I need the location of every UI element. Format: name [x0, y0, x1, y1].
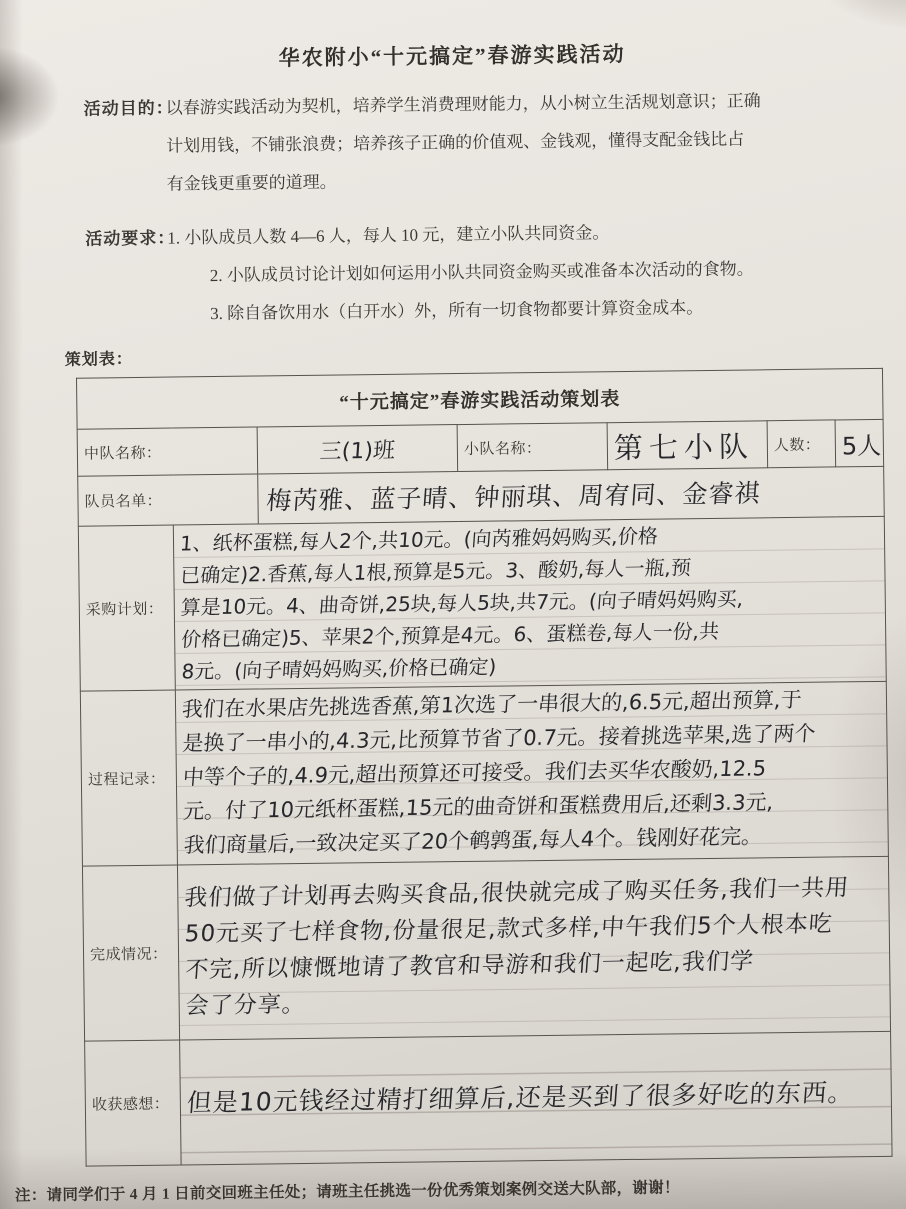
- squad-name-label: 中队名称：: [77, 427, 258, 476]
- members-value: 梅芮雅、蓝子晴、钟丽琪、周宥同、金睿祺: [258, 466, 885, 524]
- plan-table: “十元搞定”春游实践活动策划表 中队名称： 三(1)班 小队名称： 第七小队 人…: [76, 368, 893, 1167]
- team-name-value: 第七小队: [607, 421, 768, 470]
- team-name-label: 小队名称：: [457, 423, 608, 472]
- activity-objective: 活动目的： 以春游实践活动为契机，培养学生消费理财能力，从小树立生活规划意识；正…: [83, 81, 866, 205]
- squad-name-value: 三(1)班: [257, 425, 458, 474]
- photographed-document: 华农附小“十元搞定”春游实践活动 活动目的： 以春游实践活动为契机，培养学生消费…: [0, 0, 906, 1209]
- table-reflection-row: 收获感想： 但是10元钱经过精打细算后,还是买到了很多好吃的东西。: [85, 1031, 892, 1166]
- table-purchase-row: 采购计划： 1、纸杯蛋糕,每人2个,共10元。(向芮雅妈妈购买,价格 已确定)2…: [78, 516, 886, 691]
- activity-requirements-label: 活动要求：: [85, 220, 167, 259]
- requirement-item: 1. 小队成员人数 4—6 人，每人 10 元，建立小队共同资金。: [167, 214, 609, 257]
- requirement-item: 3. 除自备饮用水（白开水）外，所有一切食物都要计算资金成本。: [86, 287, 868, 335]
- members-label: 队员名单：: [78, 474, 259, 526]
- reflection-value: 但是10元钱经过精打细算后,还是买到了很多好吃的东西。: [180, 1031, 892, 1165]
- member-count-label: 人数：: [767, 420, 836, 468]
- activity-requirements: 活动要求： 1. 小队成员人数 4—6 人，每人 10 元，建立小队共同资金。 …: [85, 211, 868, 335]
- completion-status-label: 完成情况：: [82, 865, 179, 1041]
- process-record-value: 我们在水果店先挑选香蕉,第1次选了一串很大的,6.5元,超出预算,于 是换了一串…: [175, 681, 888, 865]
- reflection-label: 收获感想：: [85, 1040, 182, 1166]
- purchase-plan-label: 采购计划：: [78, 525, 175, 691]
- objective-line: 有金钱更重要的道理。: [84, 157, 866, 205]
- purchase-plan-value: 1、纸杯蛋糕,每人2个,共10元。(向芮雅妈妈购买,价格 已确定)2.香蕉,每人…: [173, 516, 886, 690]
- completion-status-value: 我们做了计划再去购买食品,很快就完成了购买任务,我们一共用 50元买了七样食物,…: [177, 856, 890, 1040]
- table-process-row: 过程记录： 我们在水果店先挑选香蕉,第1次选了一串很大的,6.5元,超出预算,于…: [80, 681, 888, 866]
- page-title: 华农附小“十元搞定”春游实践活动: [0, 35, 905, 76]
- table-completion-row: 完成情况： 我们做了计划再去购买食品,很快就完成了购买任务,我们一共用 50元买…: [82, 856, 890, 1041]
- process-record-label: 过程记录：: [80, 690, 177, 866]
- paper-content: 华农附小“十元搞定”春游实践活动 活动目的： 以春游实践活动为契机，培养学生消费…: [0, 35, 906, 1206]
- member-count-value: 5人: [835, 419, 884, 467]
- activity-objective-label: 活动目的：: [83, 90, 165, 129]
- plan-table-label: 策划表：: [65, 337, 906, 370]
- reflection-line: 但是10元钱经过精打细算后,还是买到了很多好吃的东西。: [186, 1073, 887, 1121]
- footer-note: 注：请同学们于 4 月 1 日前交回班主任处；请班主任挑选一份优秀策划案例交送大…: [15, 1172, 906, 1205]
